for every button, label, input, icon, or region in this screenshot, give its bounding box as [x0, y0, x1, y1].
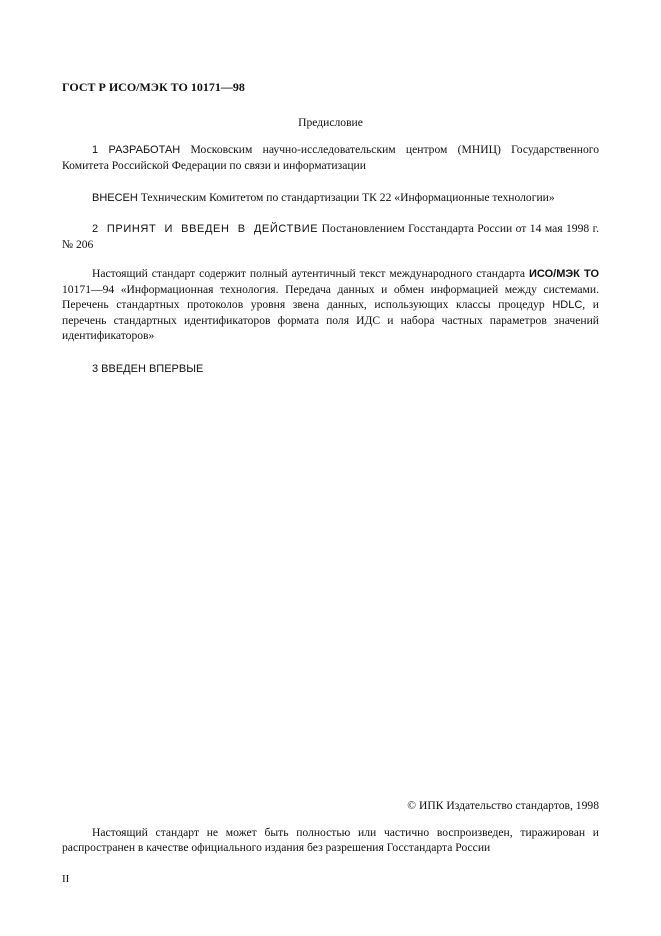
document-header: ГОСТ Р ИСО/МЭК ТО 10171—98: [62, 80, 245, 95]
hdlc-term: HDLC: [552, 299, 582, 311]
submitted-paragraph: ВНЕСЕН Техническим Комитетом по стандарт…: [62, 190, 599, 206]
developer-paragraph: 1 РАЗРАБОТАН Московским научно-исследова…: [62, 142, 599, 173]
iso-reference: ИСО/МЭК ТО: [529, 268, 599, 280]
first-introduced-lead: 3 ВВЕДЕН ВПЕРВЫЕ: [92, 363, 203, 375]
first-introduced-paragraph: 3 ВВЕДЕН ВПЕРВЫЕ: [62, 361, 599, 377]
content-text-2: 10171—94 «Информационная технология. Пер…: [62, 283, 599, 311]
page-number: II: [62, 872, 69, 887]
adopted-lead: 2 ПРИНЯТ И ВВЕДЕН В ДЕЙСТВИЕ: [92, 223, 318, 235]
content-text-1: Настоящий стандарт содержит полный аутен…: [92, 267, 529, 280]
copyright-line: © ИПК Издательство стандартов, 1998: [407, 798, 599, 813]
submitted-lead: ВНЕСЕН: [92, 192, 138, 204]
section-title: Предисловие: [0, 115, 661, 130]
submitted-text: Техническим Комитетом по стандартизации …: [138, 191, 555, 204]
developer-lead: 1 РАЗРАБОТАН: [92, 144, 180, 156]
reproduction-notice: Настоящий стандарт не может быть полност…: [62, 825, 599, 855]
reproduction-notice-text: Настоящий стандарт не может быть полност…: [62, 825, 599, 855]
adopted-paragraph: 2 ПРИНЯТ И ВВЕДЕН В ДЕЙСТВИЕ Постановлен…: [62, 221, 599, 252]
content-paragraph: Настоящий стандарт содержит полный аутен…: [62, 266, 599, 343]
